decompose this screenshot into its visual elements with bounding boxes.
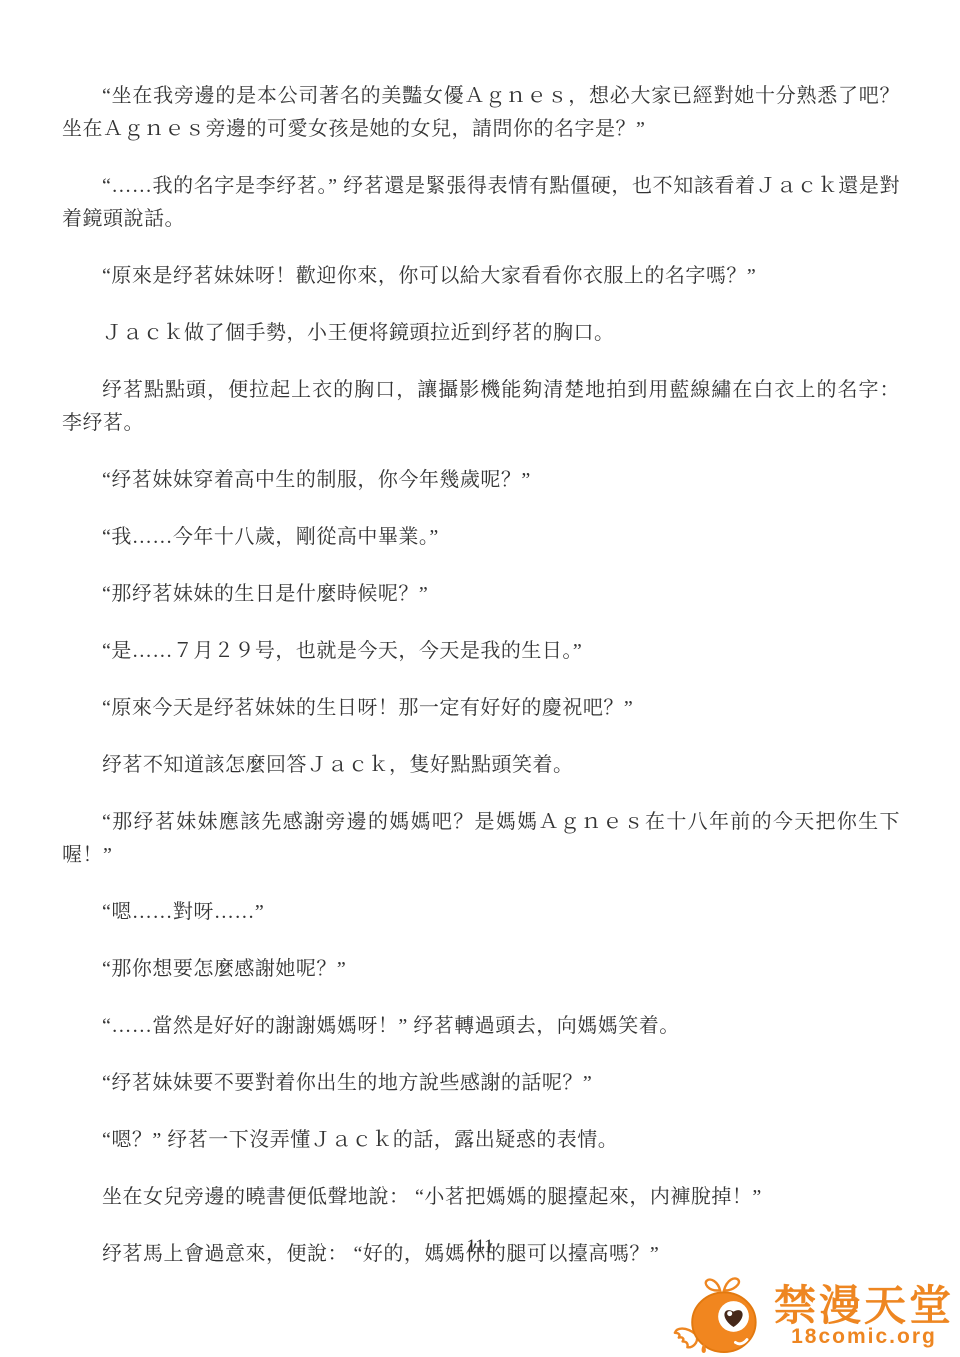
page-text: “坐在我旁邊的是本公司著名的美豔女優Ａｇｎｅｓ，想必大家已經對她十分熟悉了吧？坐… — [62, 80, 900, 1295]
paragraph: “……我的名字是李纾茗。” 纾茗還是緊張得表情有點僵硬，也不知該看着Ｊａｃｋ還是… — [62, 170, 900, 236]
paragraph: 纾茗不知道該怎麼回答Ｊａｃｋ，隻好點點頭笑着。 — [62, 749, 900, 782]
paragraph: “那纾茗妹妹應該先感謝旁邊的媽媽吧？是媽媽Ａｇｎｅｓ在十八年前的今天把你生下喔！… — [62, 806, 900, 872]
document-page: “坐在我旁邊的是本公司著名的美豔女優Ａｇｎｅｓ，想必大家已經對她十分熟悉了吧？坐… — [0, 0, 960, 1357]
orange-mascot-icon — [672, 1274, 772, 1357]
paragraph: “原來今天是纾茗妹妹的生日呀！那一定有好好的慶祝吧？” — [62, 692, 900, 725]
paragraph: 坐在女兒旁邊的曉書便低聲地說： “小茗把媽媽的腿擡起來，内褲脫掉！” — [62, 1181, 900, 1214]
paragraph: “坐在我旁邊的是本公司著名的美豔女優Ａｇｎｅｓ，想必大家已經對她十分熟悉了吧？坐… — [62, 80, 900, 146]
watermark-site-name: 禁漫天堂 — [774, 1284, 954, 1328]
paragraph: “我……今年十八歲，剛從高中畢業。” — [62, 521, 900, 554]
page-number: 111 — [0, 1236, 960, 1258]
paragraph: “那你想要怎麼感謝她呢？” — [62, 953, 900, 986]
paragraph: “那纾茗妹妹的生日是什麼時候呢？” — [62, 578, 900, 611]
paragraph: “原來是纾茗妹妹呀！歡迎你來，你可以給大家看看你衣服上的名字嗎？” — [62, 260, 900, 293]
watermark: 禁漫天堂 18comic.org — [672, 1274, 954, 1357]
watermark-text: 禁漫天堂 18comic.org — [774, 1274, 954, 1348]
paragraph: “是……７月２９号，也就是今天，今天是我的生日。” — [62, 635, 900, 668]
paragraph: “纾茗妹妹要不要對着你出生的地方說些感謝的話呢？” — [62, 1067, 900, 1100]
paragraph: Ｊａｃｋ做了個手勢，小王便将鏡頭拉近到纾茗的胸口。 — [62, 317, 900, 350]
paragraph: “嗯？” 纾茗一下沒弄懂Ｊａｃｋ的話，露出疑惑的表情。 — [62, 1124, 900, 1157]
paragraph: “纾茗妹妹穿着高中生的制服，你今年幾歲呢？” — [62, 464, 900, 497]
paragraph: “……當然是好好的謝謝媽媽呀！” 纾茗轉過頭去，向媽媽笑着。 — [62, 1010, 900, 1043]
paragraph: 纾茗點點頭，便拉起上衣的胸口，讓攝影機能夠清楚地拍到用藍線繡在白衣上的名字：李纾… — [62, 374, 900, 440]
paragraph: “嗯……對呀……” — [62, 896, 900, 929]
watermark-site-url: 18comic.org — [774, 1326, 954, 1348]
